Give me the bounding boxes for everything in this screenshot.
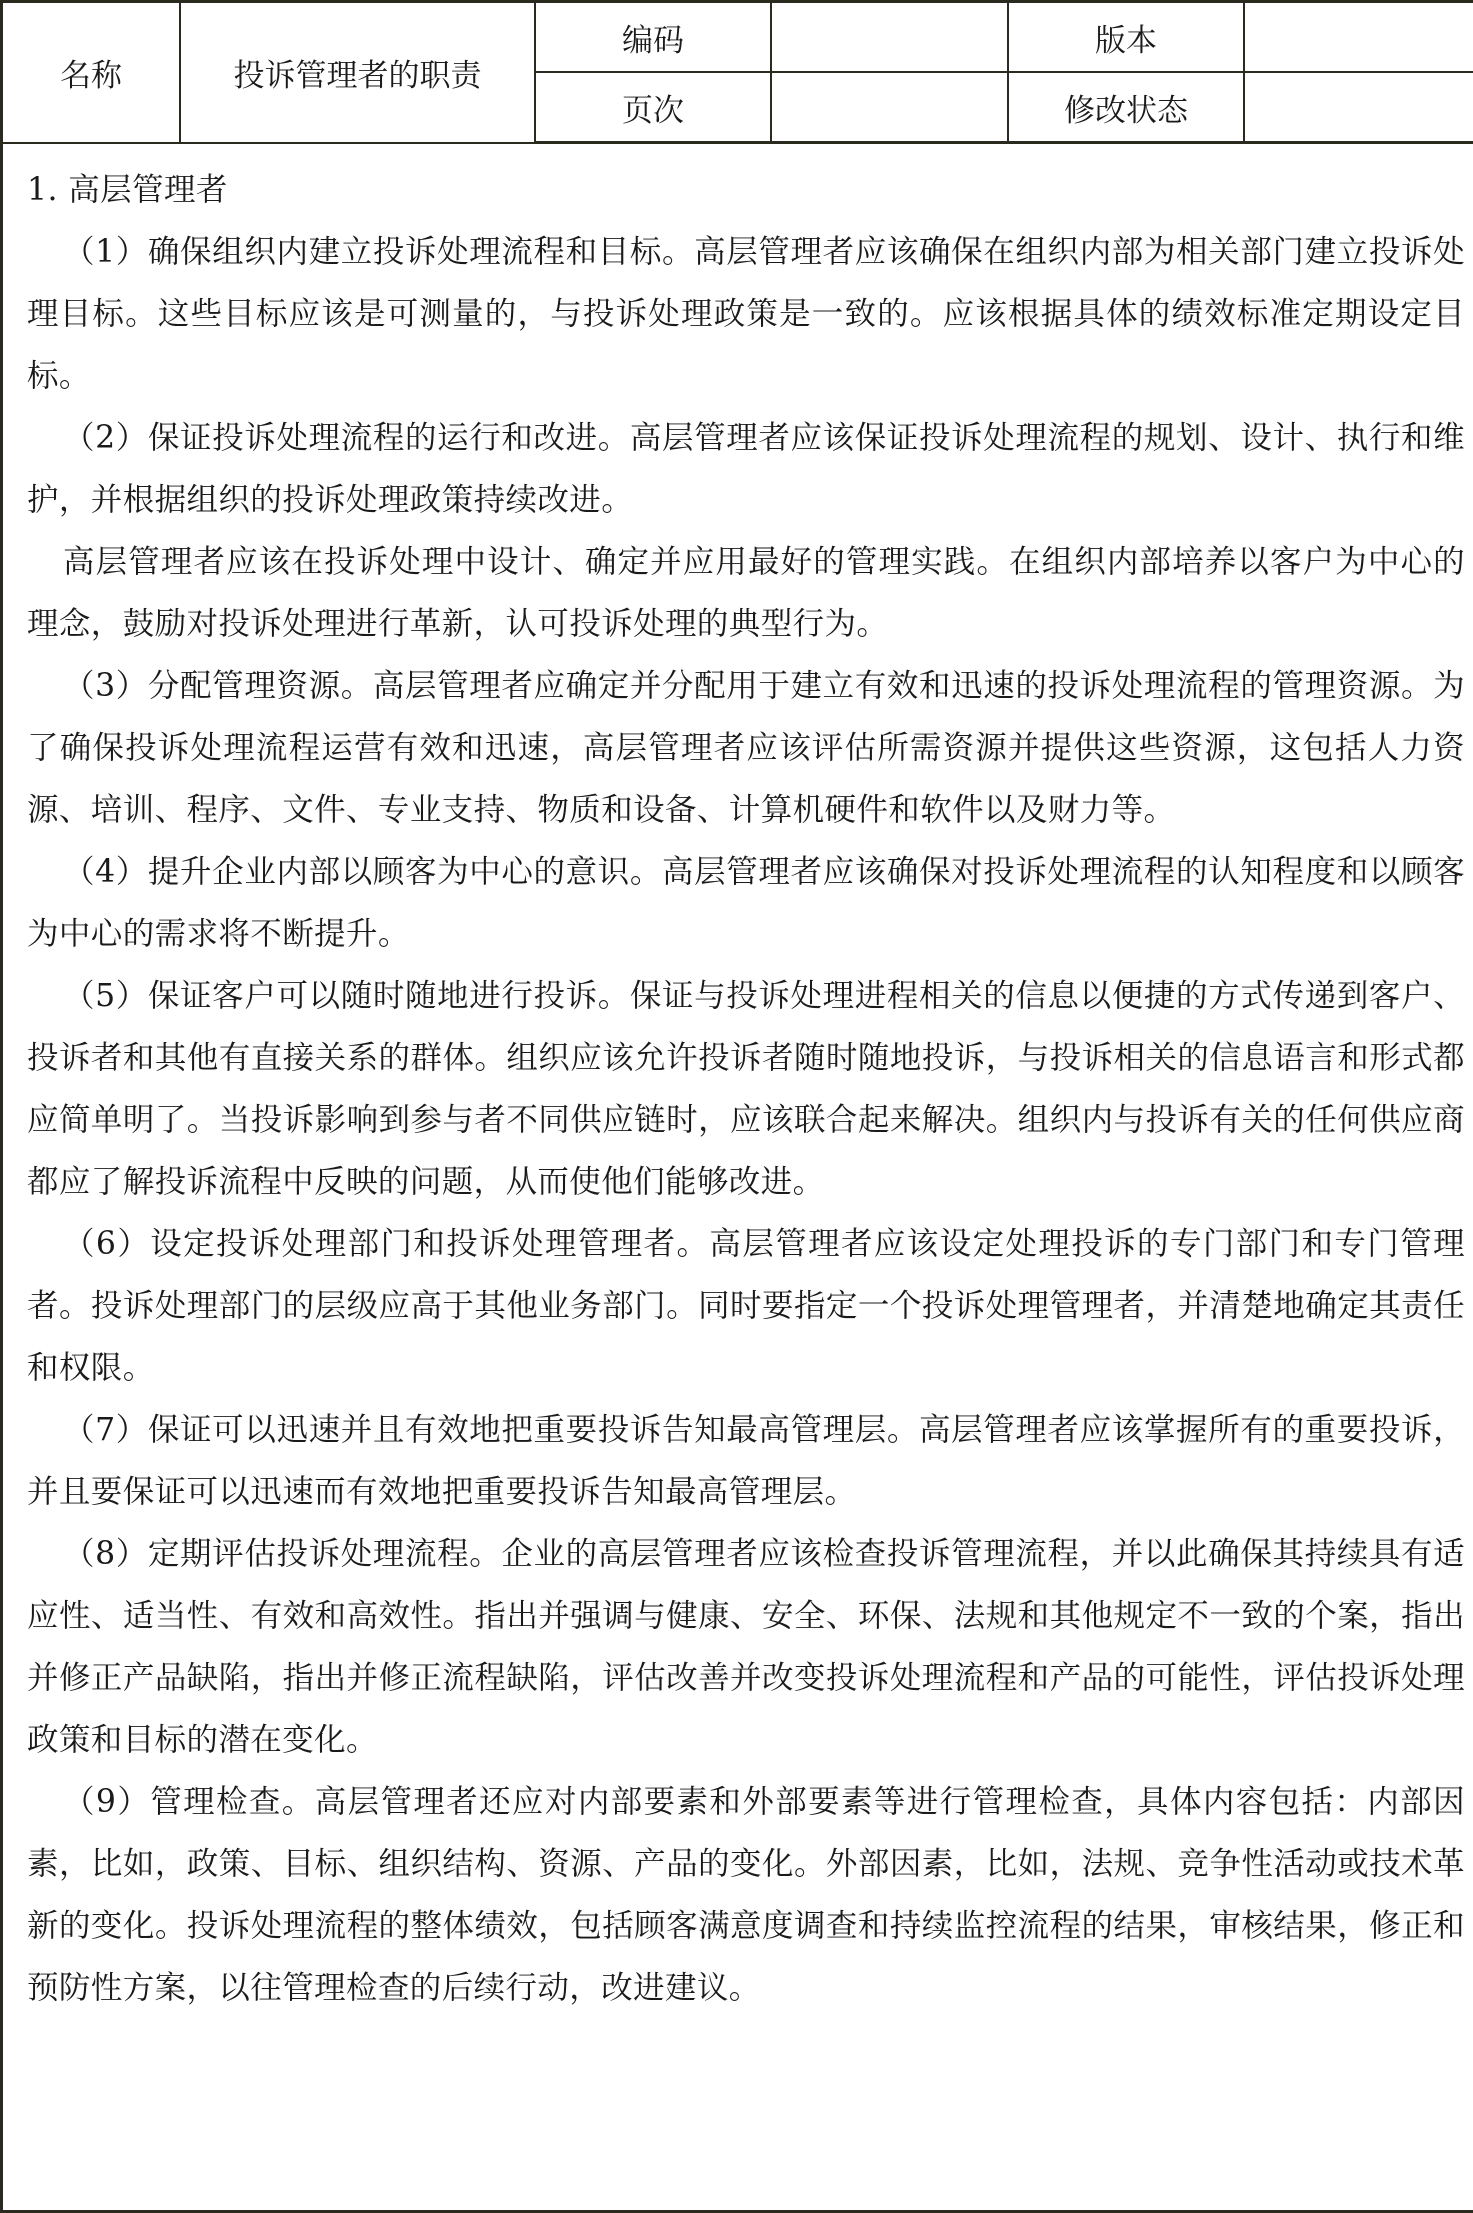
- revision-value-cell: [1244, 72, 1473, 143]
- version-label-cell: 版本: [1008, 3, 1244, 72]
- header-row-1: 名称 投诉管理者的职责 编码 版本: [3, 3, 1473, 72]
- paragraph-8: （8）定期评估投诉处理流程。企业的高层管理者应该检查投诉管理流程，并以此确保其持…: [27, 1523, 1465, 1771]
- version-value-cell: [1244, 3, 1473, 72]
- revision-label-cell: 修改状态: [1008, 72, 1244, 143]
- paragraph-5: （5）保证客户可以随时随地进行投诉。保证与投诉处理进程相关的信息以便捷的方式传递…: [27, 965, 1465, 1213]
- document-page: 名称 投诉管理者的职责 编码 版本 页次 修改状态 1. 高层管理者 （1）确保…: [0, 0, 1473, 2213]
- paragraph-2: （2）保证投诉处理流程的运行和改进。高层管理者应该保证投诉处理流程的规划、设计、…: [27, 407, 1465, 531]
- section-title: 1. 高层管理者: [27, 159, 1465, 221]
- name-label-cell: 名称: [3, 3, 180, 143]
- paragraph-4: （4）提升企业内部以顾客为中心的意识。高层管理者应该确保对投诉处理流程的认知程度…: [27, 841, 1465, 965]
- document-body: 1. 高层管理者 （1）确保组织内建立投诉处理流程和目标。高层管理者应该确保在组…: [3, 145, 1473, 2019]
- paragraph-6: （6）设定投诉处理部门和投诉处理管理者。高层管理者应该设定处理投诉的专门部门和专…: [27, 1213, 1465, 1399]
- code-value-cell: [771, 3, 1008, 72]
- paragraph-3: （3）分配管理资源。高层管理者应确定并分配用于建立有效和迅速的投诉处理流程的管理…: [27, 655, 1465, 841]
- page-value-cell: [771, 72, 1008, 143]
- name-value-cell: 投诉管理者的职责: [180, 3, 535, 143]
- paragraph-7: （7）保证可以迅速并且有效地把重要投诉告知最高管理层。高层管理者应该掌握所有的重…: [27, 1399, 1465, 1523]
- paragraph-1: （1）确保组织内建立投诉处理流程和目标。高层管理者应该确保在组织内部为相关部门建…: [27, 221, 1465, 407]
- page-label-cell: 页次: [535, 72, 771, 143]
- document-header-table: 名称 投诉管理者的职责 编码 版本 页次 修改状态: [3, 3, 1473, 144]
- paragraph-2-continued: 高层管理者应该在投诉处理中设计、确定并应用最好的管理实践。在组织内部培养以客户为…: [27, 531, 1465, 655]
- code-label-cell: 编码: [535, 3, 771, 72]
- paragraph-9: （9）管理检查。高层管理者还应对内部要素和外部要素等进行管理检查，具体内容包括：…: [27, 1771, 1465, 2019]
